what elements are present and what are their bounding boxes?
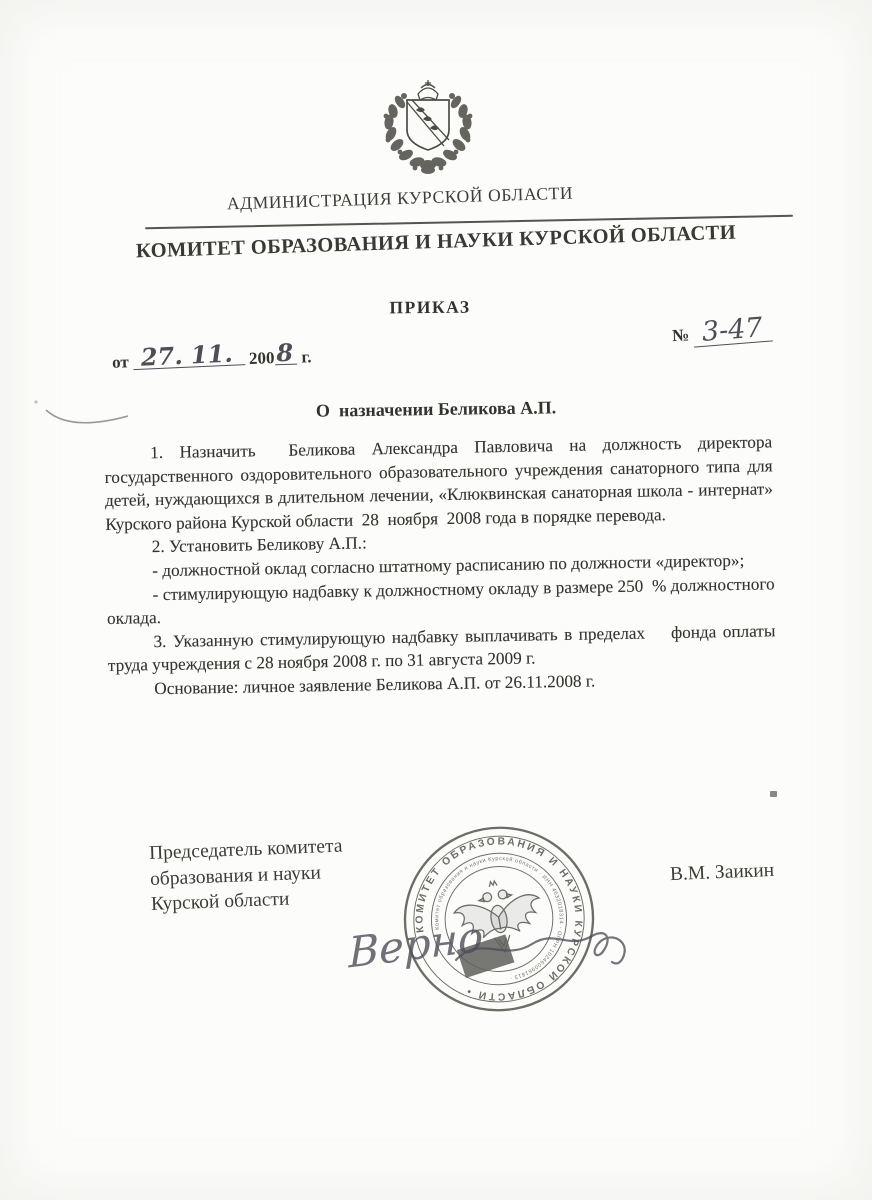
signature-flourish	[452, 916, 642, 986]
committee-title: КОМИТЕТ ОБРАЗОВАНИЯ И НАУКИ КУРСКОЙ ОБЛА…	[0, 217, 872, 267]
coat-of-arms-icon	[360, 78, 496, 184]
order-body: 1. Назначить Беликова Александра Павлови…	[104, 430, 776, 701]
ink-speck	[770, 791, 777, 797]
year-printed: 200	[249, 348, 275, 368]
signer-position: Председатель комитета образования и наук…	[149, 831, 412, 917]
body-paragraph-1: 1. Назначить Беликова Александра Павлови…	[104, 430, 774, 536]
date-suffix: г.	[301, 347, 312, 366]
order-number-handwritten: 3-47	[692, 316, 772, 347]
scanned-order-document: АДМИНИСТРАЦИЯ КУРСКОЙ ОБЛАСТИ КОМИТЕТ ОБ…	[0, 0, 872, 1200]
order-number-label: №	[672, 325, 690, 345]
date-prefix: от	[112, 352, 129, 371]
year-last-digit-handwritten: 8	[274, 344, 297, 366]
signer-name: В.М. Заикин	[670, 860, 775, 886]
order-date-line: от 27. 11. 2008 г.	[112, 345, 312, 373]
date-day-month-handwritten: 27. 11.	[132, 344, 245, 370]
order-number-line: № 3-47	[672, 318, 773, 347]
